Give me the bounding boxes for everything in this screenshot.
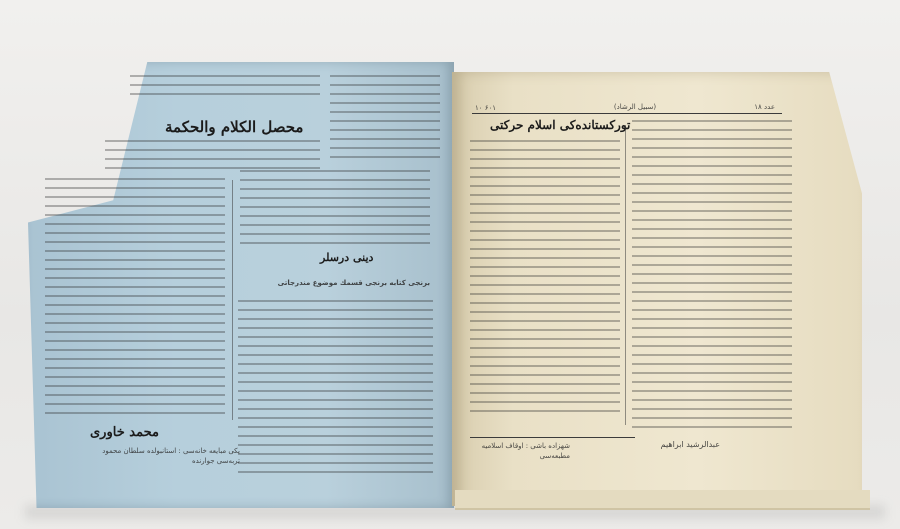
section-body-text (238, 300, 433, 475)
right-page-title: تورکستانده‌کی اسلام حرکتی (490, 118, 630, 132)
left-page-title: محصل الكلام والحكمة (165, 118, 303, 136)
header-rule (472, 113, 782, 114)
left-page-footer: یکی مبایعه خانه‌سی : استانبولده سلطان مح… (80, 446, 240, 466)
author-signature: محمد خاوری (90, 425, 159, 440)
left-top-text (130, 75, 320, 100)
left-column-text (45, 178, 225, 418)
section-heading: دینی درسلر (320, 251, 373, 264)
right-right-column-text (632, 120, 792, 430)
right-page-footer: شهزاده باشی : اوقاف اسلامیه مطبعه‌سی (475, 441, 570, 461)
footer-rule (470, 437, 635, 438)
right-left-column-text (470, 140, 620, 415)
header-page-number: ۱۰ ۶۰۱ (475, 103, 535, 113)
left-middle-text (240, 170, 430, 250)
right-column-divider (625, 125, 626, 425)
section-subheading: برنجی کتابه برنجی قسمك موضوع مندرجاتی (270, 278, 430, 288)
left-right-column-top-text (330, 75, 440, 160)
left-title-paragraph (105, 140, 320, 172)
right-page-signature: عبدالرشید ابراهیم (640, 440, 720, 450)
right-page-edge-stack (455, 490, 870, 510)
header-journal-name: (سبیل الرشاد) (605, 102, 665, 112)
left-column-divider (232, 180, 233, 420)
header-issue-number: عدد ۱۸ (735, 102, 775, 112)
